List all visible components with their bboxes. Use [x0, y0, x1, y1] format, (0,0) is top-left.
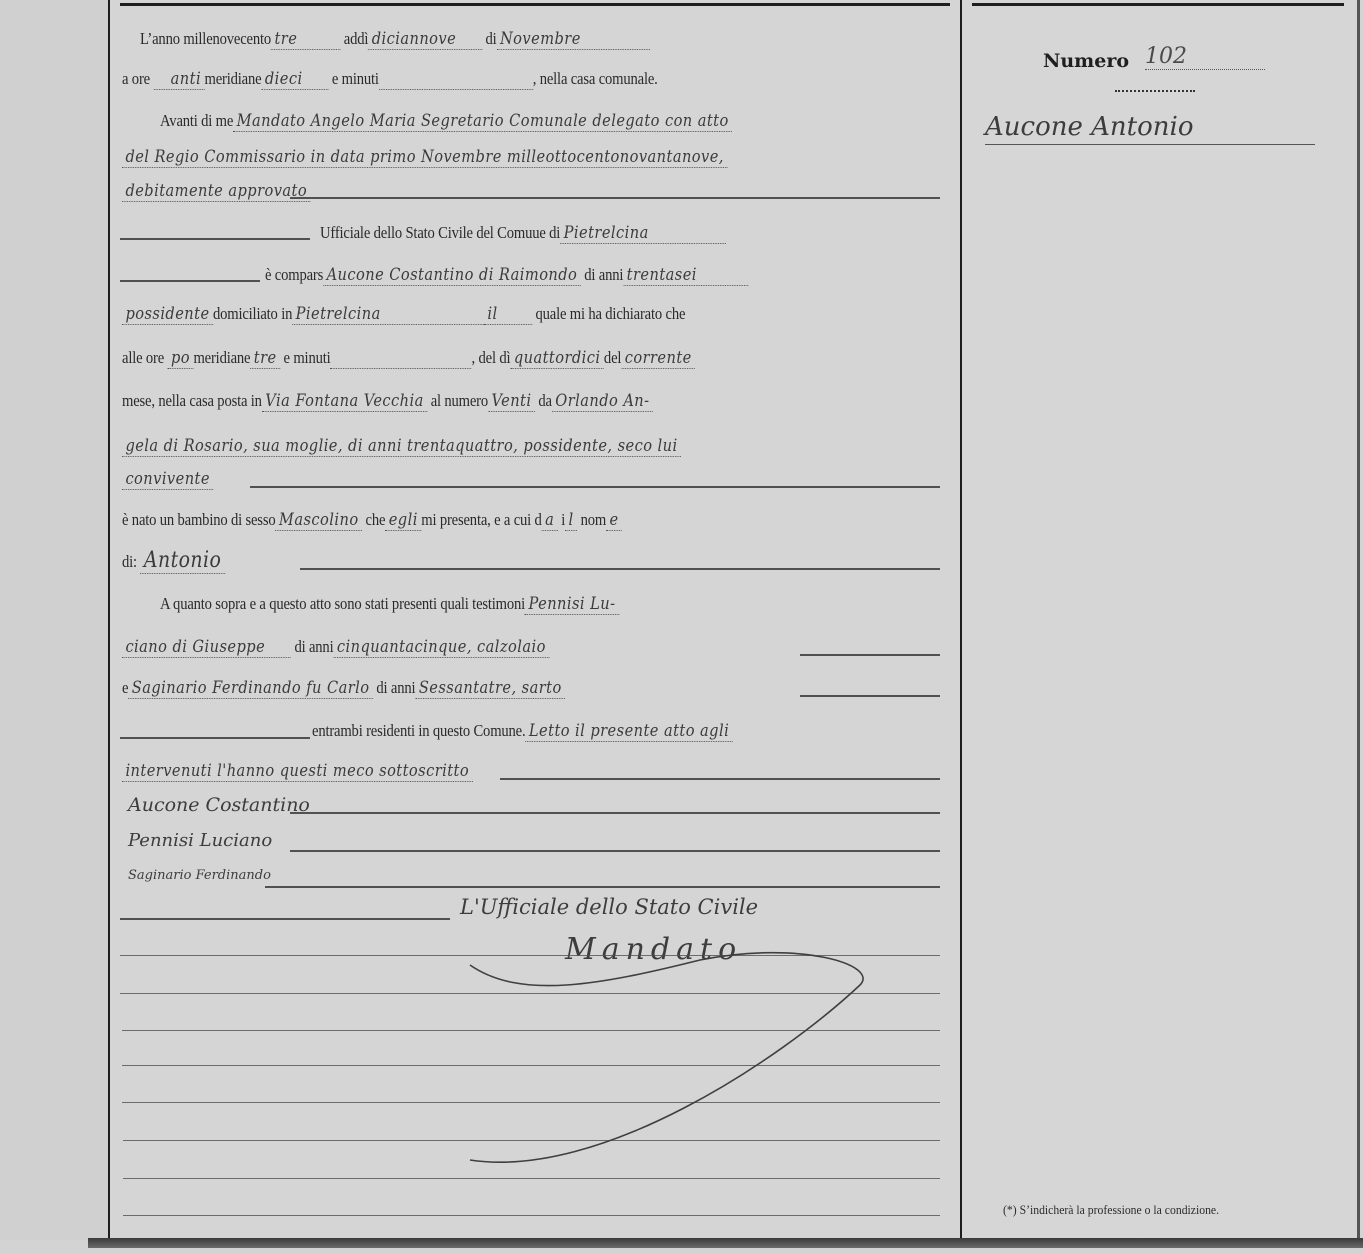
- numero-value: 102: [1145, 44, 1265, 70]
- bottom-page-edge: [88, 1238, 1363, 1248]
- decorative-squiggle: [1115, 84, 1195, 92]
- document-page: L’anno millenovecentotre addìdiciannove …: [0, 0, 1363, 1253]
- numero-label: Numero: [1043, 50, 1129, 72]
- footnote: (*) S’indicherà la professione o la cond…: [1003, 1202, 1219, 1218]
- child-name-index: Aucone Antonio: [985, 112, 1315, 145]
- signature-flourish-stroke: [0, 0, 1363, 1253]
